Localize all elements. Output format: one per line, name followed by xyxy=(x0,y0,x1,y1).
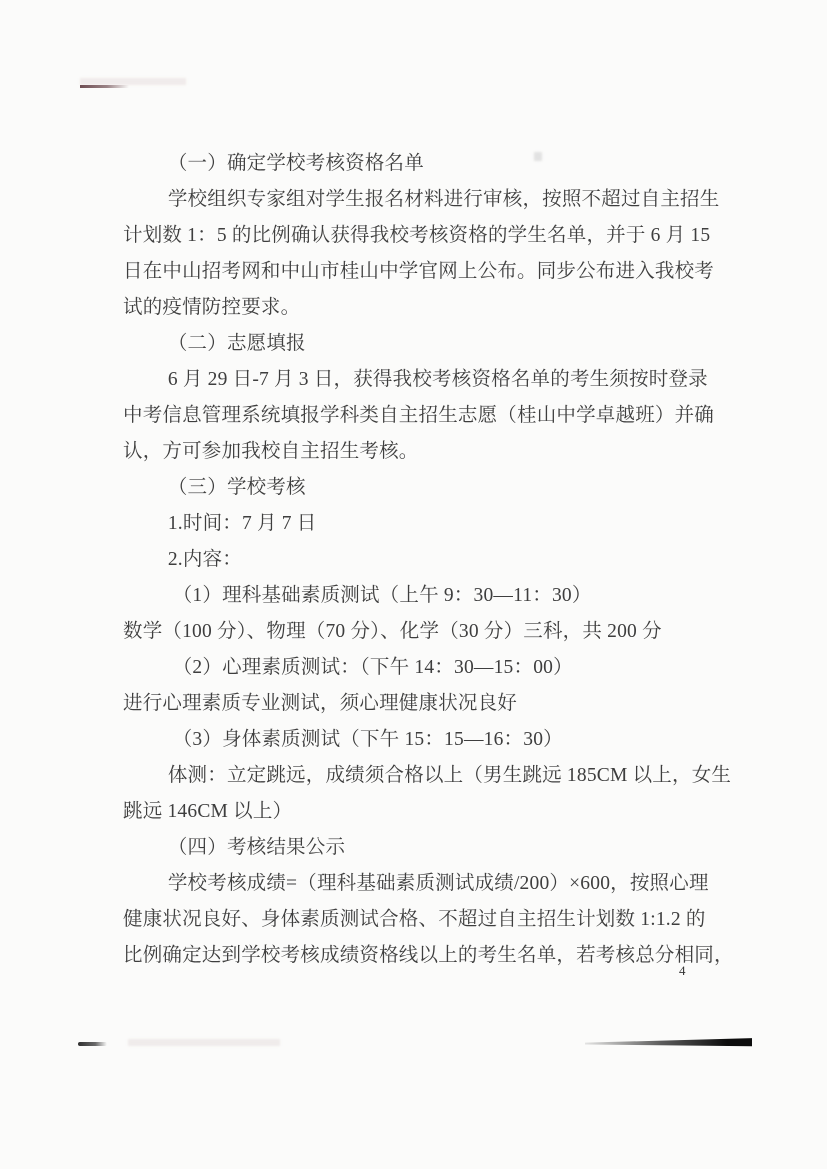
scan-smudge-top-left xyxy=(80,78,186,85)
document-page: （一）确定学校考核资格名单学校组织专家组对学生报名材料进行审核，按照不超过自主招… xyxy=(0,0,827,1169)
text-line: （1）理科基础素质测试（上午 9：30—11：30） xyxy=(123,578,727,614)
text-line: （2）心理素质测试：（下午 14：30—15：00） xyxy=(123,650,727,686)
text-line: 跳远 146CM 以上） xyxy=(123,794,727,830)
section-heading: （一）确定学校考核资格名单 xyxy=(123,146,727,182)
scan-artifact-bottom-left-dash xyxy=(78,1042,107,1046)
scan-artifact-bottom-right-wedge xyxy=(585,1038,752,1047)
text-line: 日在中山招考网和中山市桂山中学官网上公布。同步公布进入我校考 xyxy=(123,254,727,290)
scan-smudge-bottom-left xyxy=(128,1039,280,1046)
text-line: 体测：立定跳远，成绩须合格以上（男生跳远 185CM 以上，女生 xyxy=(123,758,727,794)
text-line: 数学（100 分）、物理（70 分）、化学（30 分）三科，共 200 分 xyxy=(123,614,727,650)
text-line: 1.时间：7 月 7 日 xyxy=(123,506,727,542)
text-line: 学校组织专家组对学生报名材料进行审核，按照不超过自主招生 xyxy=(123,182,727,218)
section-heading: （三）学校考核 xyxy=(123,470,727,506)
text-line: 比例确定达到学校考核成绩资格线以上的考生名单，若考核总分相同， xyxy=(123,938,727,974)
text-line: 进行心理素质专业测试，须心理健康状况良好 xyxy=(123,686,727,722)
text-line: 健康状况良好、身体素质测试合格、不超过自主招生计划数 1:1.2 的 xyxy=(123,902,727,938)
text-line: 试的疫情防控要求。 xyxy=(123,290,727,326)
section-heading: （二）志愿填报 xyxy=(123,326,727,362)
text-line: 计划数 1：5 的比例确认获得我校考核资格的学生名单，并于 6 月 15 xyxy=(123,218,727,254)
page-number: 4 xyxy=(679,963,686,979)
scan-artifact-top-left-line xyxy=(80,85,129,88)
text-lines: （一）确定学校考核资格名单学校组织专家组对学生报名材料进行审核，按照不超过自主招… xyxy=(0,146,827,974)
text-line: 2.内容： xyxy=(123,542,727,578)
text-line: 中考信息管理系统填报学科类自主招生志愿（桂山中学卓越班）并确 xyxy=(123,398,727,434)
text-line: 认，方可参加我校自主招生考核。 xyxy=(123,434,727,470)
text-line: 学校考核成绩=（理科基础素质测试成绩/200）×600，按照心理 xyxy=(123,866,727,902)
text-line: 6 月 29 日-7 月 3 日，获得我校考核资格名单的考生须按时登录 xyxy=(123,362,727,398)
section-heading: （四）考核结果公示 xyxy=(123,830,727,866)
text-line: （3）身体素质测试（下午 15：15—16：30） xyxy=(123,722,727,758)
